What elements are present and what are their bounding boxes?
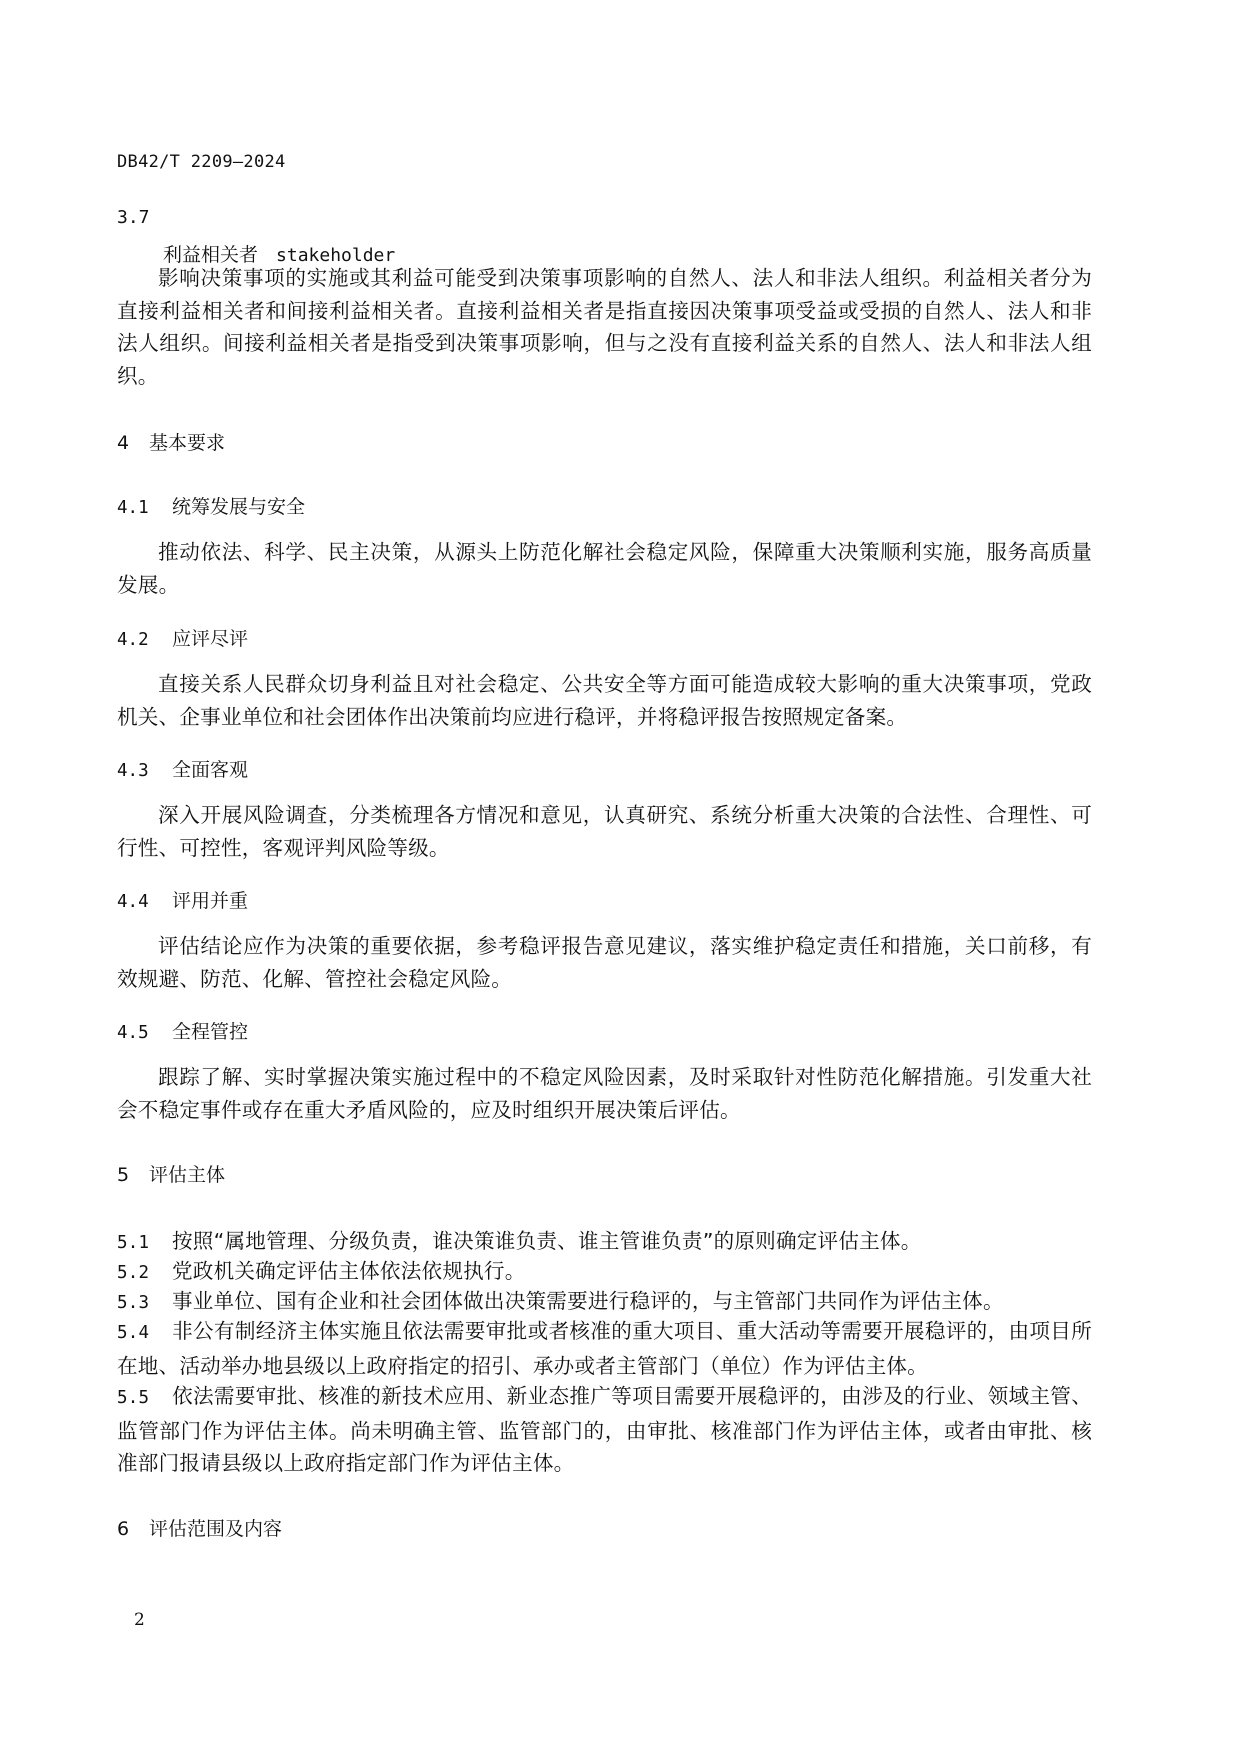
subsection-text-4-1: 推动依法、科学、民主决策，从源头上防范化解社会稳定风险，保障重大决策顺利实施，服… [117, 536, 1092, 601]
subsection-heading-4-1: 4.1统筹发展与安全 [117, 492, 305, 519]
clause-number: 5.5 [117, 1382, 172, 1415]
subsection-number: 4.5 [117, 1023, 172, 1043]
section-title: 基本要求 [149, 432, 225, 454]
subsection-heading-4-2: 4.2应评尽评 [117, 624, 248, 651]
section-title: 评估范围及内容 [149, 1518, 282, 1540]
subsection-heading-4-5: 4.5全程管控 [117, 1017, 248, 1044]
clause-text: 非公有制经济主体实施且依法需要审批或者核准的重大项目、重大活动等需要开展稳评的，… [117, 1319, 1092, 1378]
standard-code-header: DB42/T 2209—2024 [117, 152, 286, 172]
subsection-title: 应评尽评 [172, 628, 248, 650]
section-heading-5: 5评估主体 [117, 1160, 225, 1187]
clause-text: 事业单位、国有企业和社会团体做出决策需要进行稳评的，与主管部门共同作为评估主体。 [172, 1289, 1004, 1313]
subsection-number: 4.3 [117, 761, 172, 781]
subsection-number: 4.4 [117, 892, 172, 912]
subsection-text-4-2: 直接关系人民群众切身利益且对社会稳定、公共安全等方面可能造成较大影响的重大决策事… [117, 668, 1092, 733]
section-title: 评估主体 [149, 1164, 225, 1186]
clause-5-4: 5.4非公有制经济主体实施且依法需要审批或者核准的重大项目、重大活动等需要开展稳… [117, 1315, 1092, 1382]
section-heading-4: 4基本要求 [117, 428, 225, 455]
subsection-heading-4-4: 4.4评用并重 [117, 886, 248, 913]
page-number: 2 [134, 1610, 145, 1630]
clause-text: 依法需要审批、核准的新技术应用、新业态推广等项目需要开展稳评的，由涉及的行业、领… [117, 1384, 1092, 1475]
subsection-title: 全程管控 [172, 1021, 248, 1043]
subsection-text-4-3: 深入开展风险调查，分类梳理各方情况和意见，认真研究、系统分析重大决策的合法性、合… [117, 799, 1092, 864]
subsection-text-4-5: 跟踪了解、实时掌握决策实施过程中的不稳定风险因素，及时采取针对性防范化解措施。引… [117, 1061, 1092, 1126]
section-heading-6: 6评估范围及内容 [117, 1514, 282, 1541]
clause-text: 党政机关确定评估主体依法依规执行。 [172, 1259, 526, 1283]
subsection-heading-4-3: 4.3全面客观 [117, 755, 248, 782]
clause-5-5: 5.5依法需要审批、核准的新技术应用、新业态推广等项目需要开展稳评的，由涉及的行… [117, 1380, 1092, 1480]
clause-text: 按照“属地管理、分级负责，谁决策谁负责、谁主管谁负责”的原则确定评估主体。 [172, 1229, 922, 1253]
subsection-text-4-4: 评估结论应作为决策的重要依据，参考稳评报告意见建议，落实维护稳定责任和措施，关口… [117, 930, 1092, 995]
subsection-number: 4.2 [117, 630, 172, 650]
subsection-number: 4.1 [117, 498, 172, 518]
document-page: DB42/T 2209—2024 3.7 利益相关者stakeholder 影响… [0, 0, 1241, 1754]
term-definition: 影响决策事项的实施或其利益可能受到决策事项影响的自然人、法人和非法人组织。利益相… [117, 262, 1092, 392]
subsection-title: 全面客观 [172, 759, 248, 781]
section-number: 5 [117, 1164, 149, 1186]
section-number: 6 [117, 1518, 149, 1540]
clause-number: 5.4 [117, 1317, 172, 1350]
term-number: 3.7 [117, 207, 150, 228]
subsection-title: 统筹发展与安全 [172, 496, 305, 518]
section-number: 4 [117, 432, 149, 454]
subsection-title: 评用并重 [172, 890, 248, 912]
